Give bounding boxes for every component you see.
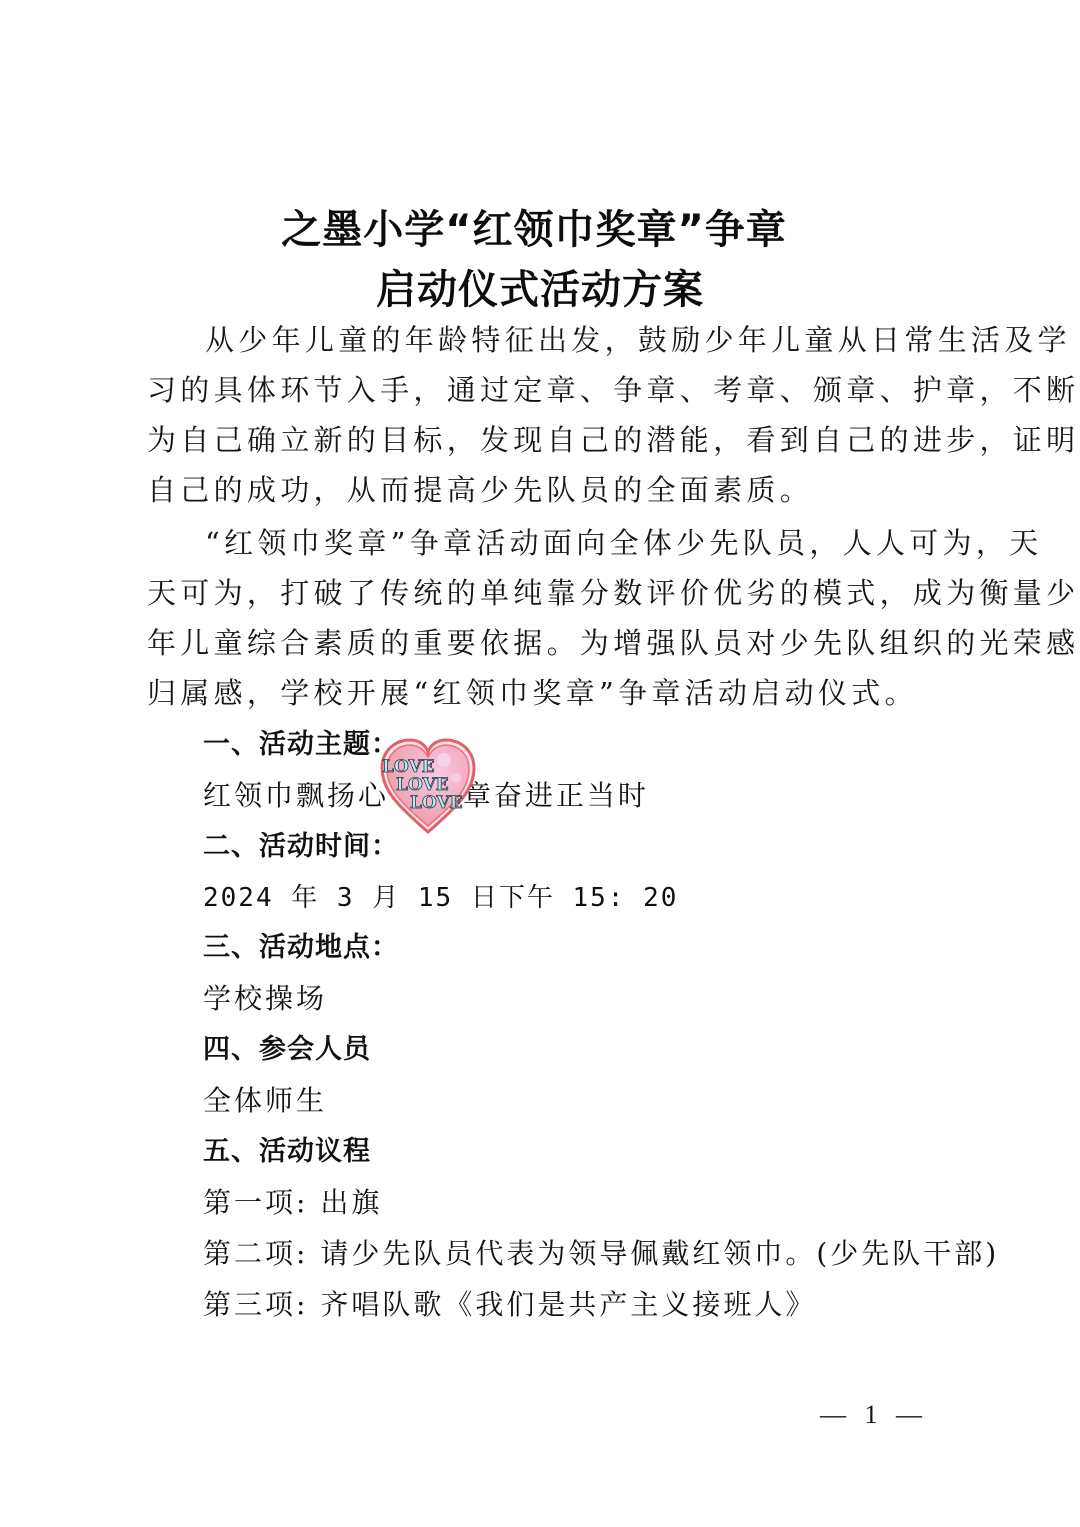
section-content-attendees: 全体师生 xyxy=(203,1083,327,1119)
love-heart-sticker: LOVE LOVE LOVE xyxy=(378,734,478,838)
paragraph2-line: 天可为，打破了传统的单纯靠分数评价优劣的模式，成为衡量少 xyxy=(147,575,947,611)
section-heading-time: 二、活动时间： xyxy=(203,829,399,865)
svg-text:LOVE: LOVE xyxy=(396,775,449,795)
paragraph1-line: 习的具体环节入手，通过定章、争章、考章、颁章、护章，不断 xyxy=(147,372,947,408)
paragraph1-line: 自己的成功，从而提高少先队员的全面素质。 xyxy=(147,472,947,508)
svg-text:LOVE: LOVE xyxy=(410,793,463,813)
document-title-line1: 之墨小学“红领巾奖章”争章 xyxy=(0,198,1074,255)
agenda-item: 第一项: 出旗 xyxy=(203,1185,382,1221)
section-heading-agenda: 五、活动议程 xyxy=(203,1134,371,1170)
agenda-item: 第二项: 请少先队员代表为领导佩戴红领巾。(少先队干部) xyxy=(203,1236,999,1272)
section-content-location: 学校操场 xyxy=(203,981,327,1017)
page-number: — 1 — xyxy=(820,1400,928,1430)
document-title-line2: 启动仪式活动方案 xyxy=(0,258,1080,315)
section-heading-theme: 一、活动主题： xyxy=(203,727,399,763)
heart-icon: LOVE LOVE LOVE xyxy=(378,734,478,838)
paragraph2-line: 年儿童综合素质的重要依据。为增强队员对少先队组织的光荣感、 xyxy=(147,625,947,661)
section-content-time: 2024 年 3 月 15 日下午 15: 20 xyxy=(203,880,678,916)
paragraph2-line: 归属感，学校开展“红领巾奖章”争章活动启动仪式。 xyxy=(147,675,947,711)
agenda-item: 第三项: 齐唱队歌《我们是共产主义接班人》 xyxy=(203,1287,816,1323)
section-heading-attendees: 四、参会人员 xyxy=(203,1032,371,1068)
paragraph2-line: “红领巾奖章”争章活动面向全体少先队员，人人可为，天 xyxy=(205,525,1005,561)
svg-text:LOVE: LOVE xyxy=(382,757,435,777)
paragraph1-line: 为自己确立新的目标，发现自己的潜能，看到自己的进步，证明 xyxy=(147,422,947,458)
paragraph1-line: 从少年儿童的年龄特征出发，鼓励少年儿童从日常生活及学 xyxy=(205,322,1005,358)
section-heading-location: 三、活动地点： xyxy=(203,930,399,966)
